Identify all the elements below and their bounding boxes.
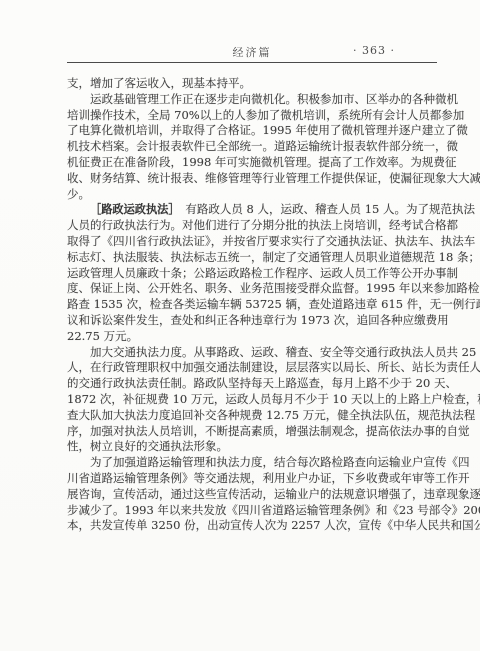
text-line: 度、保证上岗、公开姓名、职务、业务范围接受群众监督。1995 年以来参加路检 xyxy=(67,281,437,297)
text-line: 路查 1535 次，检查各类运输车辆 53725 辆，查处道路违章 615 件，… xyxy=(67,297,437,313)
text-line: 运政基础管理工作正在逐步走向微机化。积极参加市、区举办的各种微机 xyxy=(67,92,437,108)
text-line: 机技术档案。会计报表软件已全部统一。道路运输统计报表软件部分统一，微 xyxy=(67,139,437,155)
header-rule xyxy=(67,62,437,63)
text-line: 为了加强道路运输管理和执法力度，结合每次路检路查向运输业户宣传《四 xyxy=(67,455,437,471)
text-line: ［路政运政执法］ 有路政人员 8 人，运政、稽查人员 15 人。为了规范执法 xyxy=(67,202,437,218)
scanned-book-page: 经济篇 · 363 · 支，增加了客运收入，现基本持平。运政基础管理工作正在逐步… xyxy=(0,0,480,651)
text-line: 川省道路运输管理条例》等交通法规，利用业户办证，下乡收费或年审等工作开 xyxy=(67,471,437,487)
running-head: 经济篇 · 363 · xyxy=(67,44,437,60)
text-line: 取得了《四川省行政执法证》，并按省厅要求实行了交通执法证、执法车、执法车 xyxy=(67,234,437,250)
text-line: 机征费正在准备阶段，1998 年可实施微机管理。提高了工作效率。为规费征 xyxy=(67,155,437,171)
page-number: · 363 · xyxy=(353,44,395,57)
text-line: 运政管理人员廉政十条；公路运政路检工作程序、运政人员工作等公开办事制 xyxy=(67,266,437,282)
text-line: 了电算化微机培训，并取得了合格证。1995 年使用了微机管理并逐户建立了微 xyxy=(67,123,437,139)
text-line: 序，加强对执法人员培训，不断提高素质，增强法制观念，提高依法办事的自觉 xyxy=(67,424,437,440)
text-line: 步减少了。1993 年以来共发放《四川省道路运输管理条例》和《23 号部令》20… xyxy=(67,503,437,519)
text-line: 22.75 万元。 xyxy=(67,329,437,345)
text-line: 人员的行政执法行为。对他们进行了分期分批的执法上岗培训，经考试合格都 xyxy=(67,218,437,234)
text-line: 本，共发宣传单 3250 份，出动宣传人次为 2257 人次，宣传《中华人民共和… xyxy=(67,518,437,534)
text-line: 1872 次，补征规费 10 万元，运政人员每月不少于 10 天以上的上路上户检… xyxy=(67,392,437,408)
text-line: 培训操作技术，全局 70%以上的人参加了微机培训，系统所有会计人员都参加 xyxy=(67,108,437,124)
text-line: 标志灯、执法服装、执法标志五统一，制定了交通管理人员职业道德规范 18 条； xyxy=(67,250,437,266)
entry-heading: ［路政运政执法］ xyxy=(90,203,174,216)
page-body: 支，增加了客运收入，现基本持平。运政基础管理工作正在逐步走向微机化。积极参加市、… xyxy=(67,76,437,534)
text-line: 性，树立良好的交通执法形象。 xyxy=(67,439,437,455)
text-line: 收、财务结算、统计报表、维修管理等行业管理工作提供保证，使漏征现象大大减 xyxy=(67,171,437,187)
text-line: 展咨询，宣传活动，通过这些宣传活动，运输业户的法规意识增强了，违章现象逐 xyxy=(67,487,437,503)
text-line: 的交通行政执法责任制。路政队坚持每天上路巡查，每月上路不少于 20 天、 xyxy=(67,376,437,392)
text-line: 加大交通执法力度。从事路政、运政、稽查、安全等交通行政执法人员共 25 xyxy=(67,345,437,361)
text-line: 查大队加大执法力度追回补交各种规费 12.75 万元，健全执法队伍，规范执法程 xyxy=(67,408,437,424)
text-line: 人，在行政管理职权中加强交通法制建设，层层落实以局长、所长、站长为责任人 xyxy=(67,360,437,376)
text-line: 少。 xyxy=(67,187,437,203)
text-line: 议和诉讼案件发生，查处和纠正各种违章行为 1973 次，追回各种应缴费用 xyxy=(67,313,437,329)
text-line: 支，增加了客运收入，现基本持平。 xyxy=(67,76,437,92)
